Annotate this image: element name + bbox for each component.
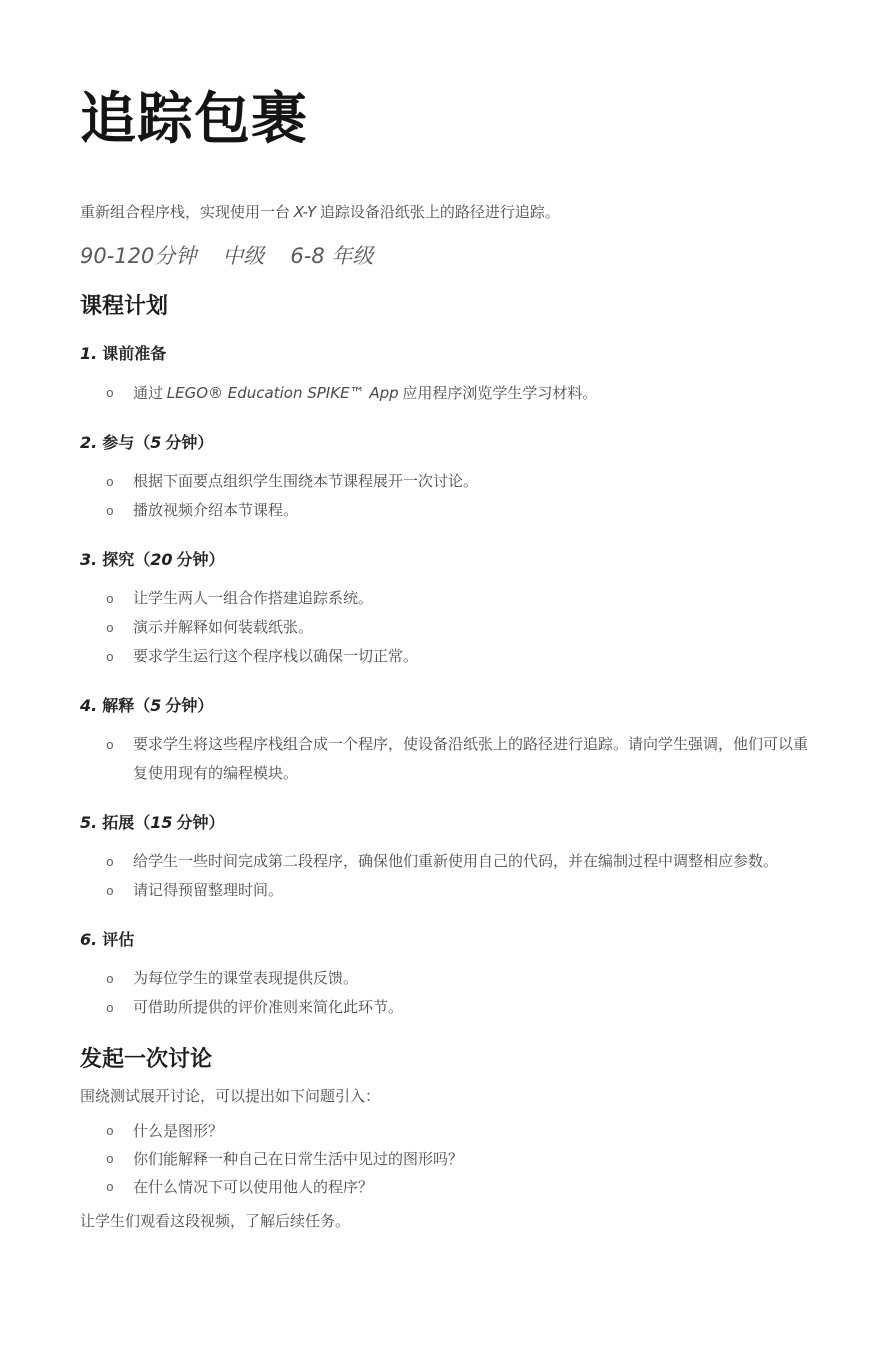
bullet-icon: o [106, 1118, 114, 1146]
list-item-text: 要求学生运行这个程序栈以确保一切正常。 [133, 649, 418, 665]
subtitle-text-end: 追踪设备沿纸张上的路径进行追踪。 [316, 205, 560, 221]
step-title: 6.评估 [80, 930, 820, 951]
list-item: o什么是图形？ [80, 1118, 820, 1146]
meta-duration: 90-120分钟 [80, 244, 196, 268]
bullet-list: o要求学生将这些程序栈组合成一个程序，使设备沿纸张上的路径进行追踪。请向学生强调… [80, 731, 820, 789]
step-number: 6. [80, 930, 97, 949]
step-title-text-end: 分钟） [173, 552, 225, 569]
bullet-icon: o [106, 643, 114, 672]
lesson-step-4: 4.解释（5 分钟） o要求学生将这些程序栈组合成一个程序，使设备沿纸张上的路径… [80, 696, 820, 789]
list-item-text-end: 应用程序浏览学生学习材料。 [399, 386, 598, 402]
step-number: 1. [80, 344, 97, 363]
list-item-text: 给学生一些时间完成第二段程序，确保他们重新使用自己的代码，并在编制过程中调整相应… [133, 854, 778, 870]
list-item-text: 通过 [133, 386, 167, 402]
bullet-icon: o [106, 1146, 114, 1174]
step-title: 2.参与（5 分钟） [80, 433, 820, 454]
lesson-step-3: 3.探究（20 分钟） o让学生两人一组合作搭建追踪系统。 o演示并解释如何装载… [80, 550, 820, 672]
list-item-text: 让学生两人一组合作搭建追踪系统。 [133, 591, 373, 607]
list-item: o播放视频介绍本节课程。 [80, 497, 820, 526]
list-item: o为每位学生的课堂表现提供反馈。 [80, 965, 820, 994]
step-title-text: 参与（ [102, 435, 150, 452]
step-title-text: 评估 [102, 932, 134, 949]
step-title: 4.解释（5 分钟） [80, 696, 820, 717]
page-title: 追踪包裹 [80, 88, 820, 152]
step-title-text-end: 分钟） [161, 435, 213, 452]
step-title-text-end: 分钟） [173, 815, 225, 832]
step-title-text: 课前准备 [102, 346, 166, 363]
document-page: 追踪包裹 重新组合程序栈，实现使用一台 X-Y 追踪设备沿纸张上的路径进行追踪。… [0, 0, 892, 1356]
list-item: o要求学生将这些程序栈组合成一个程序，使设备沿纸张上的路径进行追踪。请向学生强调… [80, 731, 820, 789]
lesson-meta: 90-120分钟中级6-8 年级 [80, 242, 820, 270]
list-item-app-name: LEGO® Education SPIKE™ App [167, 384, 399, 402]
step-title-minutes: 5 [150, 696, 161, 715]
step-title-minutes: 5 [150, 433, 161, 452]
bullet-icon: o [106, 585, 114, 614]
step-title: 1.课前准备 [80, 344, 820, 365]
list-item-text: 演示并解释如何装载纸张。 [133, 620, 313, 636]
list-item-text: 为每位学生的课堂表现提供反馈。 [133, 971, 358, 987]
subtitle-text: 重新组合程序栈，实现使用一台 [80, 205, 294, 221]
bullet-list: o给学生一些时间完成第二段程序，确保他们重新使用自己的代码，并在编制过程中调整相… [80, 848, 820, 906]
step-number: 3. [80, 550, 97, 569]
bullet-icon: o [106, 1174, 114, 1202]
section-heading-discussion: 发起一次讨论 [80, 1045, 820, 1073]
list-item: o根据下面要点组织学生围绕本节课程展开一次讨论。 [80, 468, 820, 497]
list-item-text: 可借助所提供的评价准则来简化此环节。 [133, 1000, 403, 1016]
bullet-icon: o [106, 614, 114, 643]
list-item-text: 请记得预留整理时间。 [133, 883, 283, 899]
step-title: 5.拓展（15 分钟） [80, 813, 820, 834]
list-item: o演示并解释如何装载纸张。 [80, 614, 820, 643]
step-title-text: 拓展（ [102, 815, 150, 832]
bullet-icon: o [106, 848, 114, 877]
bullet-icon: o [106, 497, 114, 526]
step-number: 2. [80, 433, 97, 452]
discussion-intro: 围绕测试展开讨论，可以提出如下问题引入： [80, 1087, 820, 1108]
list-item-text: 根据下面要点组织学生围绕本节课程展开一次讨论。 [133, 474, 478, 490]
bullet-list: o根据下面要点组织学生围绕本节课程展开一次讨论。 o播放视频介绍本节课程。 [80, 468, 820, 526]
list-item: o请记得预留整理时间。 [80, 877, 820, 906]
list-item: o在什么情况下可以使用他人的程序？ [80, 1174, 820, 1202]
list-item: o可借助所提供的评价准则来简化此环节。 [80, 994, 820, 1023]
bullet-list: o通过 LEGO® Education SPIKE™ App 应用程序浏览学生学… [80, 379, 820, 409]
bullet-icon: o [106, 379, 114, 408]
discussion-outro: 让学生们观看这段视频，了解后续任务。 [80, 1208, 820, 1236]
lesson-step-6: 6.评估 o为每位学生的课堂表现提供反馈。 o可借助所提供的评价准则来简化此环节… [80, 930, 820, 1023]
bullet-icon: o [106, 965, 114, 994]
step-title-text-end: 分钟） [161, 698, 213, 715]
section-heading-lesson-plan: 课程计划 [80, 292, 820, 320]
question-text: 什么是图形？ [133, 1124, 223, 1140]
bullet-list: o为每位学生的课堂表现提供反馈。 o可借助所提供的评价准则来简化此环节。 [80, 965, 820, 1023]
list-item-text: 播放视频介绍本节课程。 [133, 503, 298, 519]
lesson-step-5: 5.拓展（15 分钟） o给学生一些时间完成第二段程序，确保他们重新使用自己的代… [80, 813, 820, 906]
meta-grade: 6-8 年级 [290, 244, 373, 268]
bullet-icon: o [106, 877, 114, 906]
bullet-icon: o [106, 731, 114, 760]
meta-level: 中级 [222, 244, 264, 268]
step-title-text: 探究（ [102, 552, 150, 569]
question-list: o什么是图形？ o你们能解释一种自己在日常生活中见过的图形吗？ o在什么情况下可… [80, 1118, 820, 1202]
list-item: o通过 LEGO® Education SPIKE™ App 应用程序浏览学生学… [80, 379, 820, 409]
list-item: o你们能解释一种自己在日常生活中见过的图形吗？ [80, 1146, 820, 1174]
step-title-minutes: 15 [150, 813, 172, 832]
lesson-step-1: 1.课前准备 o通过 LEGO® Education SPIKE™ App 应用… [80, 344, 820, 409]
question-text: 你们能解释一种自己在日常生活中见过的图形吗？ [133, 1152, 463, 1168]
bullet-icon: o [106, 994, 114, 1023]
list-item: o给学生一些时间完成第二段程序，确保他们重新使用自己的代码，并在编制过程中调整相… [80, 848, 820, 877]
bullet-list: o让学生两人一组合作搭建追踪系统。 o演示并解释如何装载纸张。 o要求学生运行这… [80, 585, 820, 672]
step-title-minutes: 20 [150, 550, 172, 569]
step-number: 5. [80, 813, 97, 832]
document-subtitle: 重新组合程序栈，实现使用一台 X-Y 追踪设备沿纸张上的路径进行追踪。 [80, 202, 820, 224]
question-text: 在什么情况下可以使用他人的程序？ [133, 1180, 373, 1196]
list-item: o让学生两人一组合作搭建追踪系统。 [80, 585, 820, 614]
lesson-step-2: 2.参与（5 分钟） o根据下面要点组织学生围绕本节课程展开一次讨论。 o播放视… [80, 433, 820, 526]
step-title-text: 解释（ [102, 698, 150, 715]
list-item-text: 要求学生将这些程序栈组合成一个程序，使设备沿纸张上的路径进行追踪。请向学生强调，… [133, 737, 808, 782]
bullet-icon: o [106, 468, 114, 497]
step-title: 3.探究（20 分钟） [80, 550, 820, 571]
step-number: 4. [80, 696, 97, 715]
list-item: o要求学生运行这个程序栈以确保一切正常。 [80, 643, 820, 672]
subtitle-xy-term: X-Y [294, 203, 316, 221]
